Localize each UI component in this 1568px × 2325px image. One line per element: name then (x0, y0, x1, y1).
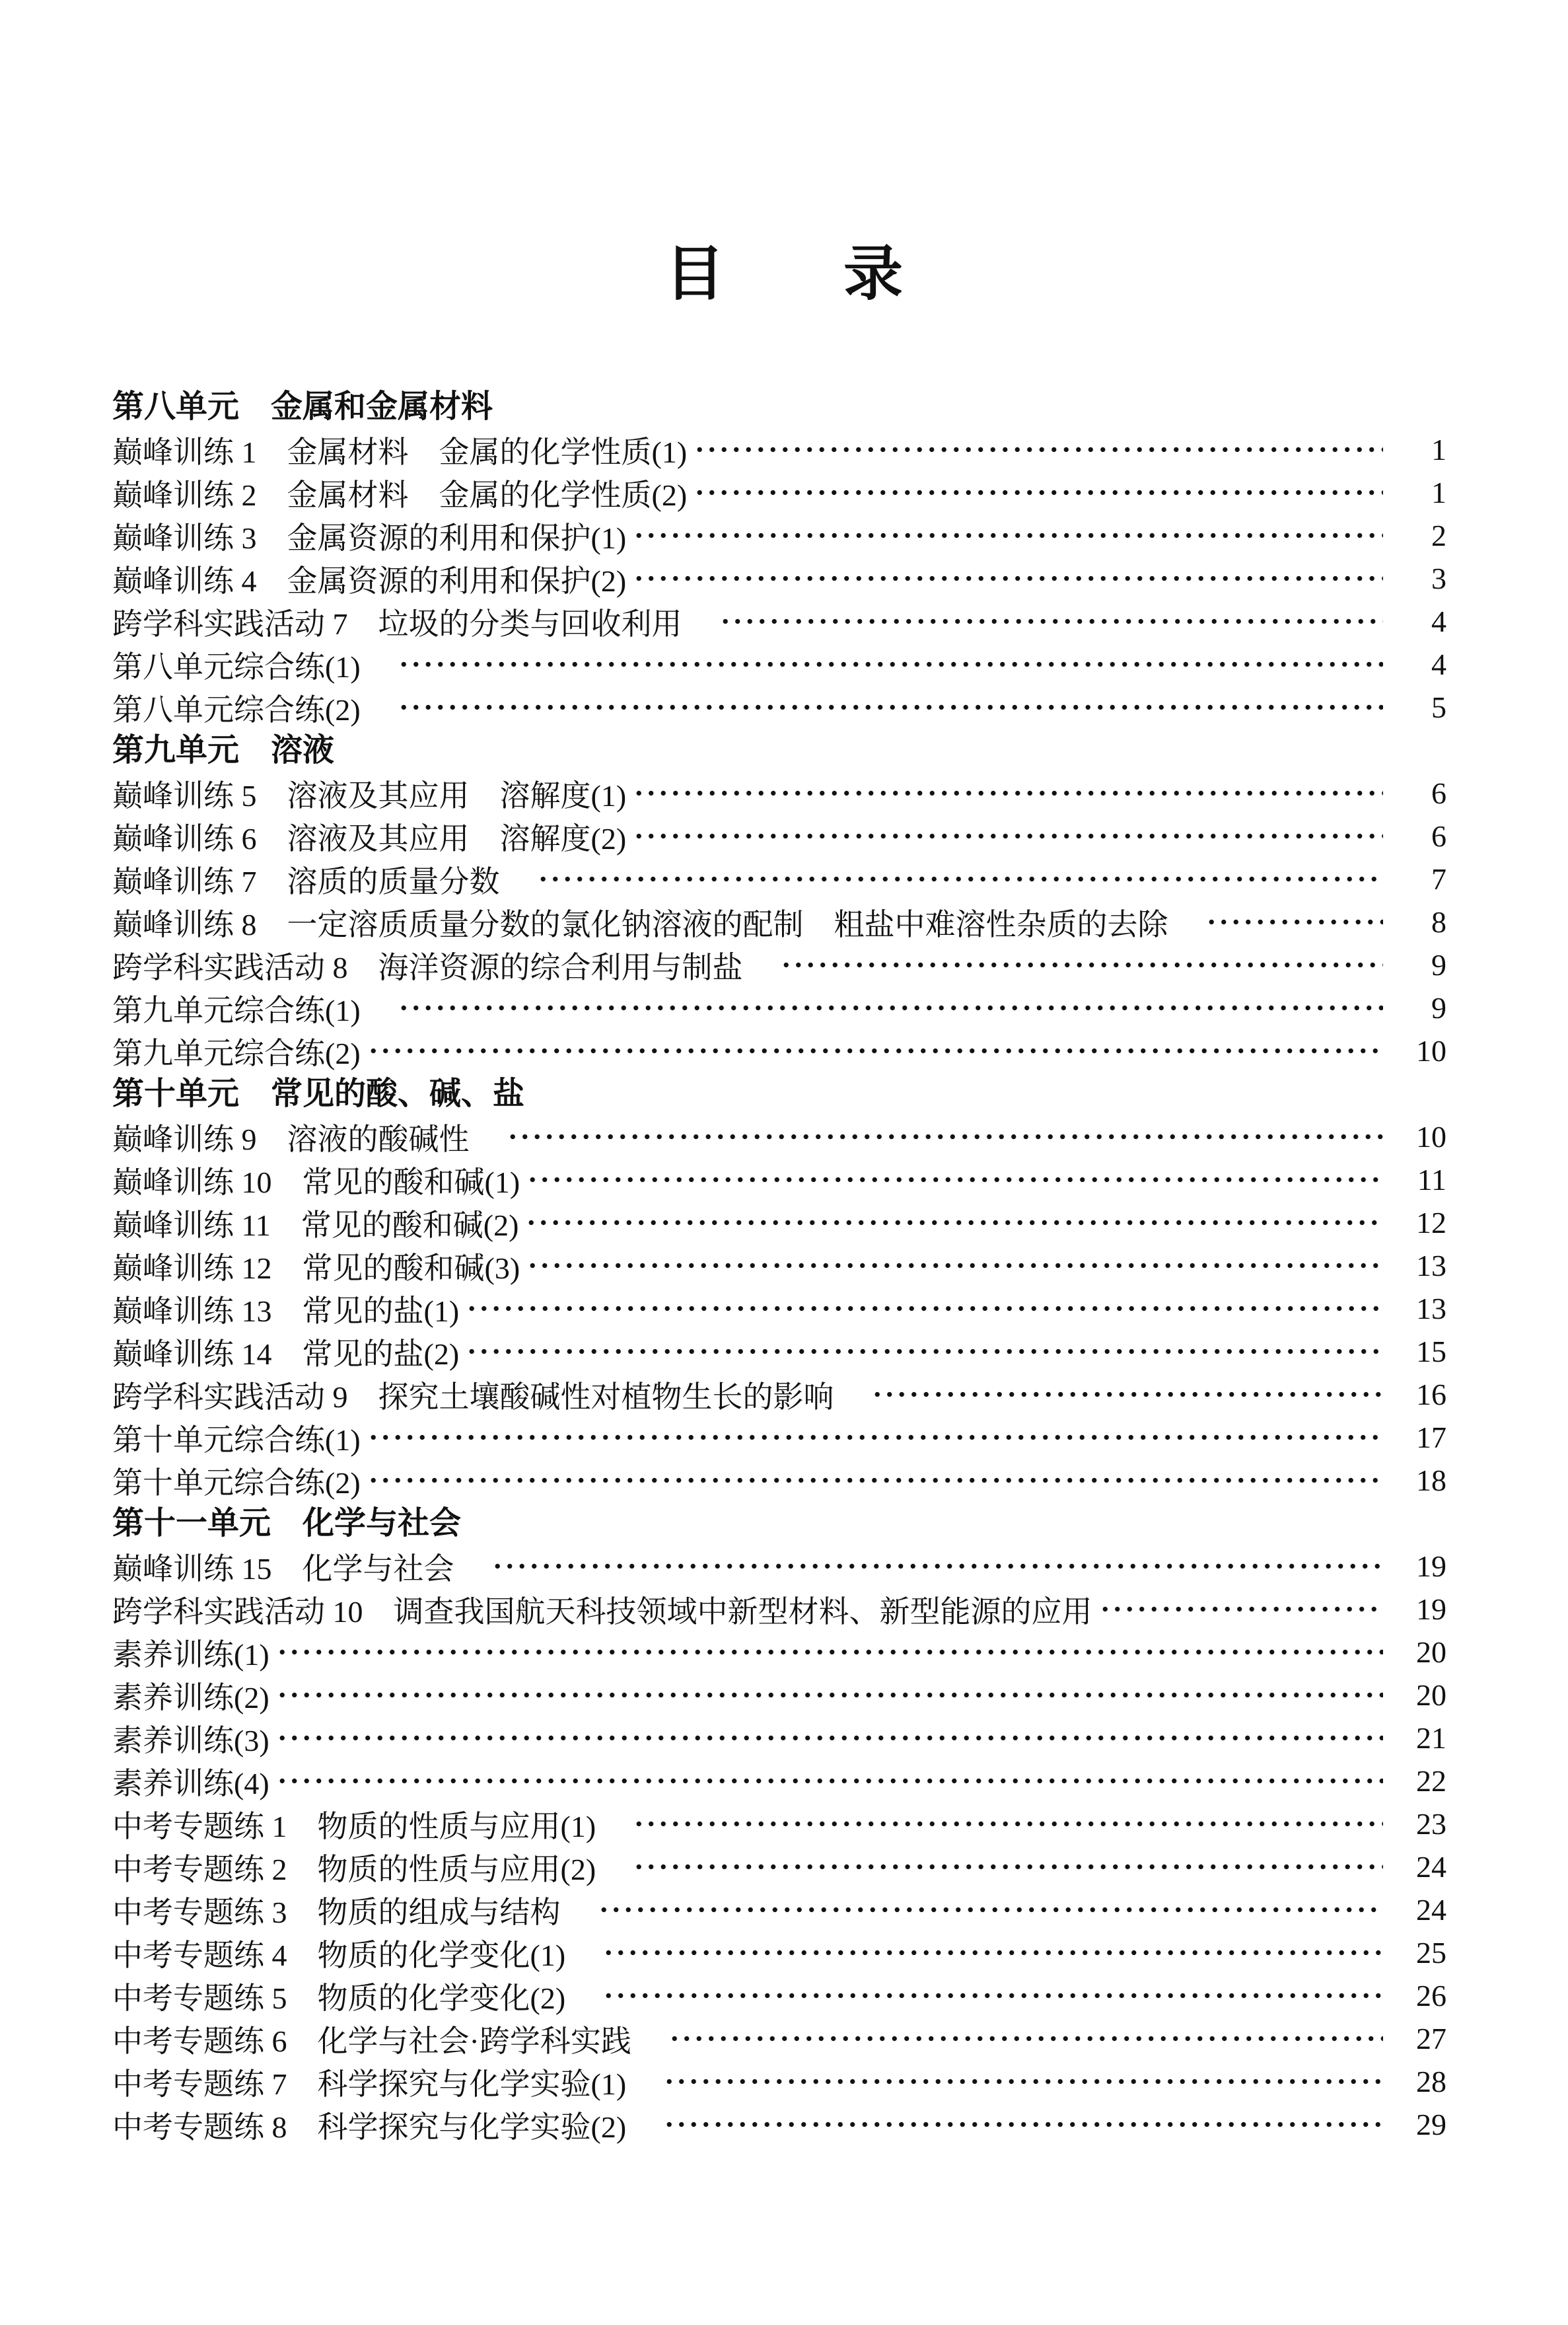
dot-leader (598, 1888, 1384, 1931)
entry-title: 跨学科实践活动 7 垃圾的分类与回收利用 (112, 600, 713, 644)
page-number: 4 (1394, 604, 1446, 639)
page-title: 目 录 (0, 242, 1568, 307)
page-number: 6 (1394, 819, 1446, 854)
entry-title: 中考专题练 3 物质的组成与结构 (112, 1888, 591, 1932)
entry-title: 第八单元综合练(1) (112, 643, 391, 686)
page-number: 24 (1394, 1849, 1446, 1884)
page-number: 1 (1394, 432, 1446, 467)
entry-title: 素养训练(4) (112, 1759, 269, 1803)
toc-entry: 巅峰训练 11 常见的酸和碱(2)12 (112, 1201, 1446, 1244)
toc-entry: 巅峰训练 10 常见的酸和碱(1)11 (112, 1158, 1446, 1201)
page-number: 9 (1394, 947, 1446, 982)
entry-title: 第十单元综合练(2) (112, 1459, 361, 1502)
page-number: 13 (1394, 1291, 1446, 1326)
entry-title: 中考专题练 6 化学与社会·跨学科实践 (112, 2017, 662, 2061)
dot-leader (276, 1631, 1383, 1674)
toc-list: 第八单元 金属和金属材料巅峰训练 1 金属材料 金属的化学性质(1)1巅峰训练 … (112, 385, 1446, 2146)
entry-title: 中考专题练 5 物质的化学变化(2) (112, 1974, 596, 2018)
dot-leader (633, 815, 1383, 858)
entry-title: 第八单元综合练(2) (112, 686, 391, 729)
dot-leader (398, 643, 1383, 686)
page-number: 15 (1394, 1334, 1446, 1369)
toc-entry: 中考专题练 6 化学与社会·跨学科实践 27 (112, 2017, 1446, 2060)
dot-leader (398, 986, 1383, 1029)
dot-leader (633, 557, 1383, 600)
entry-title: 跨学科实践活动 9 探究土壤酸碱性对植物生长的影响 (112, 1373, 865, 1417)
entry-title: 中考专题练 8 科学探究与化学实验(2) (112, 2103, 657, 2147)
page-number: 19 (1394, 1592, 1446, 1627)
page-number: 1 (1394, 475, 1446, 510)
page-number: 16 (1394, 1377, 1446, 1412)
dot-leader (663, 2103, 1383, 2146)
page-number: 28 (1394, 2064, 1446, 2099)
dot-leader (276, 1716, 1383, 1759)
dot-leader (491, 1545, 1384, 1588)
page-number: 11 (1394, 1162, 1446, 1197)
entry-title: 中考专题练 1 物质的性质与应用(1) (112, 1802, 626, 1846)
dot-leader (694, 428, 1383, 471)
page-number: 27 (1394, 2021, 1446, 2056)
toc-entry: 跨学科实践活动 10 调查我国航天科技领域中新型材料、新型能源的应用19 (112, 1588, 1446, 1631)
entry-title: 巅峰训练 2 金属材料 金属的化学性质(2) (112, 471, 687, 515)
page-number: 26 (1394, 1978, 1446, 2013)
entry-title: 巅峰训练 4 金属资源的利用和保护(2) (112, 557, 626, 601)
page-number: 4 (1394, 647, 1446, 682)
toc-entry: 素养训练(3)21 (112, 1716, 1446, 1759)
entry-title: 巅峰训练 15 化学与社会 (112, 1545, 485, 1588)
dot-leader (602, 1974, 1383, 2017)
dot-leader (526, 1244, 1383, 1287)
entry-title: 中考专题练 4 物质的化学变化(1) (112, 1931, 596, 1975)
dot-leader (276, 1674, 1383, 1716)
dot-leader (871, 1373, 1384, 1416)
entry-title: 巅峰训练 5 溶液及其应用 溶解度(1) (112, 772, 626, 815)
entry-title: 素养训练(2) (112, 1674, 269, 1717)
dot-leader (398, 686, 1383, 729)
entry-title: 中考专题练 7 科学探究与化学实验(1) (112, 2060, 657, 2104)
toc-entry: 巅峰训练 14 常见的盐(2)15 (112, 1330, 1446, 1373)
entry-title: 第十单元综合练(1) (112, 1416, 361, 1459)
page-number: 17 (1394, 1420, 1446, 1455)
entry-title: 素养训练(1) (112, 1631, 269, 1674)
page-number: 5 (1394, 690, 1446, 725)
toc-entry: 巅峰训练 13 常见的盐(1)13 (112, 1287, 1446, 1330)
page-number: 23 (1394, 1806, 1446, 1841)
toc-entry: 第九单元综合练(2)10 (112, 1029, 1446, 1072)
page-number: 7 (1394, 862, 1446, 897)
page-number: 10 (1394, 1119, 1446, 1154)
dot-leader (466, 1287, 1383, 1330)
page-number: 29 (1394, 2107, 1446, 2142)
page-number: 19 (1394, 1549, 1446, 1584)
entry-title: 巅峰训练 1 金属材料 金属的化学性质(1) (112, 428, 687, 472)
dot-leader (507, 1115, 1384, 1158)
section-header: 第八单元 金属和金属材料 (112, 385, 1446, 428)
dot-leader (276, 1759, 1383, 1802)
toc-entry: 巅峰训练 12 常见的酸和碱(3)13 (112, 1244, 1446, 1287)
page-number: 10 (1394, 1033, 1446, 1068)
toc-entry: 跨学科实践活动 8 海洋资源的综合利用与制盐 9 (112, 943, 1446, 986)
section-header: 第九单元 溶液 (112, 729, 1446, 772)
section-header: 第十单元 常见的酸、碱、盐 (112, 1072, 1446, 1115)
toc-entry: 巅峰训练 1 金属材料 金属的化学性质(1)1 (112, 428, 1446, 471)
toc-entry: 第十单元综合练(1)17 (112, 1416, 1446, 1459)
entry-title: 巅峰训练 13 常见的盐(1) (112, 1287, 459, 1331)
entry-title: 巅峰训练 8 一定溶质质量分数的氯化钠溶液的配制 粗盐中难溶性杂质的去除 (112, 901, 1199, 944)
toc-entry: 第八单元综合练(1) 4 (112, 643, 1446, 686)
toc-entry: 巅峰训练 2 金属材料 金属的化学性质(2)1 (112, 471, 1446, 514)
page-number: 20 (1394, 1678, 1446, 1713)
page-number: 6 (1394, 776, 1446, 811)
dot-leader (1205, 901, 1384, 943)
entry-title: 巅峰训练 3 金属资源的利用和保护(1) (112, 514, 626, 558)
page-number: 24 (1394, 1892, 1446, 1927)
section-header: 第十一单元 化学与社会 (112, 1502, 1446, 1545)
dot-leader (780, 943, 1384, 986)
entry-title: 巅峰训练 9 溶液的酸碱性 (112, 1115, 500, 1159)
toc-entry: 素养训练(4)22 (112, 1759, 1446, 1802)
toc-entry: 跨学科实践活动 7 垃圾的分类与回收利用 4 (112, 600, 1446, 643)
toc-entry: 素养训练(2)20 (112, 1674, 1446, 1716)
entry-title: 第九单元综合练(1) (112, 986, 391, 1030)
entry-title: 巅峰训练 12 常见的酸和碱(3) (112, 1244, 520, 1288)
page-number: 3 (1394, 561, 1446, 596)
toc-entry: 第八单元综合练(2) 5 (112, 686, 1446, 729)
entry-title: 巅峰训练 6 溶液及其应用 溶解度(2) (112, 815, 626, 858)
toc-entry: 第九单元综合练(1) 9 (112, 986, 1446, 1029)
entry-title: 巅峰训练 7 溶质的质量分数 (112, 858, 530, 901)
toc-entry: 中考专题练 5 物质的化学变化(2) 26 (112, 1974, 1446, 2017)
toc-entry: 第十单元综合练(2)18 (112, 1459, 1446, 1502)
toc-entry: 巅峰训练 15 化学与社会 19 (112, 1545, 1446, 1588)
page-number: 13 (1394, 1248, 1446, 1283)
toc-entry: 中考专题练 3 物质的组成与结构 24 (112, 1888, 1446, 1931)
dot-leader (633, 1802, 1383, 1845)
toc-entry: 跨学科实践活动 9 探究土壤酸碱性对植物生长的影响 16 (112, 1373, 1446, 1416)
dot-leader (694, 471, 1383, 514)
toc-entry: 巅峰训练 8 一定溶质质量分数的氯化钠溶液的配制 粗盐中难溶性杂质的去除 8 (112, 901, 1446, 943)
toc-entry: 巅峰训练 3 金属资源的利用和保护(1)2 (112, 514, 1446, 557)
entry-title: 素养训练(3) (112, 1716, 269, 1760)
entry-title: 跨学科实践活动 10 调查我国航天科技领域中新型材料、新型能源的应用 (112, 1588, 1092, 1631)
entry-title: 巅峰训练 11 常见的酸和碱(2) (112, 1201, 518, 1245)
dot-leader (367, 1416, 1383, 1459)
toc-entry: 巅峰训练 7 溶质的质量分数 7 (112, 858, 1446, 901)
toc-entry: 中考专题练 4 物质的化学变化(1) 25 (112, 1931, 1446, 1974)
page-number: 25 (1394, 1935, 1446, 1970)
entry-title: 巅峰训练 10 常见的酸和碱(1) (112, 1158, 520, 1202)
toc-entry: 巅峰训练 9 溶液的酸碱性 10 (112, 1115, 1446, 1158)
page-number: 22 (1394, 1763, 1446, 1798)
toc-page: 目 录 第八单元 金属和金属材料巅峰训练 1 金属材料 金属的化学性质(1)1巅… (0, 0, 1568, 2325)
page-number: 18 (1394, 1463, 1446, 1498)
page-number: 9 (1394, 990, 1446, 1025)
page-number: 20 (1394, 1635, 1446, 1670)
toc-entry: 素养训练(1)20 (112, 1631, 1446, 1674)
toc-entry: 巅峰训练 5 溶液及其应用 溶解度(1)6 (112, 772, 1446, 815)
toc-entry: 中考专题练 1 物质的性质与应用(1) 23 (112, 1802, 1446, 1845)
dot-leader (525, 1201, 1383, 1244)
dot-leader (663, 2060, 1383, 2103)
page-number: 21 (1394, 1720, 1446, 1755)
dot-leader (526, 1158, 1383, 1201)
entry-title: 中考专题练 2 物质的性质与应用(2) (112, 1845, 626, 1889)
dot-leader (633, 772, 1383, 815)
toc-entry: 中考专题练 2 物质的性质与应用(2) 24 (112, 1845, 1446, 1888)
page-number: 12 (1394, 1205, 1446, 1240)
dot-leader (367, 1459, 1383, 1502)
dot-leader (537, 858, 1384, 901)
dot-leader (668, 2017, 1383, 2060)
toc-entry: 中考专题练 7 科学探究与化学实验(1) 28 (112, 2060, 1446, 2103)
dot-leader (1099, 1588, 1384, 1631)
dot-leader (719, 600, 1384, 643)
dot-leader (367, 1029, 1383, 1072)
toc-entry: 巅峰训练 4 金属资源的利用和保护(2)3 (112, 557, 1446, 600)
page-number: 8 (1394, 904, 1446, 940)
dot-leader (633, 1845, 1383, 1888)
toc-entry: 巅峰训练 6 溶液及其应用 溶解度(2)6 (112, 815, 1446, 858)
entry-title: 跨学科实践活动 8 海洋资源的综合利用与制盐 (112, 943, 773, 987)
dot-leader (466, 1330, 1383, 1373)
dot-leader (602, 1931, 1383, 1974)
entry-title: 第九单元综合练(2) (112, 1029, 361, 1073)
dot-leader (633, 514, 1383, 557)
page-number: 2 (1394, 518, 1446, 553)
toc-entry: 中考专题练 8 科学探究与化学实验(2) 29 (112, 2103, 1446, 2146)
entry-title: 巅峰训练 14 常见的盐(2) (112, 1330, 459, 1374)
